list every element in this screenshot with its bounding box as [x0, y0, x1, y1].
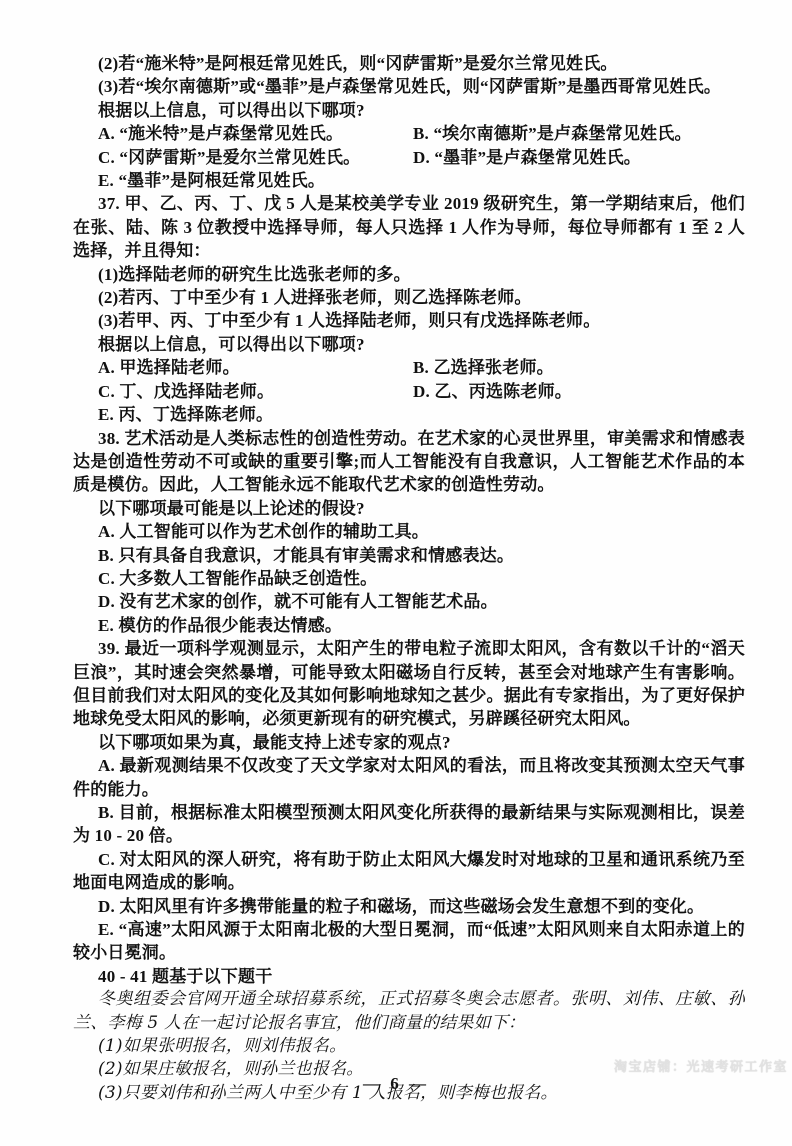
q36-condition-2: (2)若“施米特”是阿根廷常见姓氏，则“冈萨雷斯”是爱尔兰常见姓氏。: [73, 52, 745, 75]
q37-stem: 37. 甲、乙、丙、丁、戊 5 人是某校美学专业 2019 级研究生，第一学期结…: [73, 192, 745, 262]
q37-question-line: 根据以上信息，可以得出以下哪项?: [73, 333, 745, 356]
q37-option-e: E. 丙、丁选择陈老师。: [73, 403, 745, 426]
q36-options-row-ab: A. “施米特”是卢森堡常见姓氏。 B. “埃尔南德斯”是卢森堡常见姓氏。: [73, 122, 745, 145]
q37-options-row-cd: C. 丁、戊选择陆老师。 D. 乙、丙选陈老师。: [73, 380, 745, 403]
q36-condition-3: (3)若“埃尔南德斯”或“墨菲”是卢森堡常见姓氏，则“冈萨雷斯”是墨西哥常见姓氏…: [73, 75, 745, 98]
q36-question-line: 根据以上信息，可以得出以下哪项?: [73, 99, 745, 122]
q36-option-e: E. “墨菲”是阿根廷常见姓氏。: [73, 169, 745, 192]
q37-option-c: C. 丁、戊选择陆老师。: [98, 380, 413, 403]
q37-option-a: A. 甲选择陆老师。: [98, 356, 413, 379]
question-38: 38. 艺术活动是人类标志性的创造性劳动。在艺术家的心灵世界里，审美需求和情感表…: [73, 427, 745, 638]
question-37: 37. 甲、乙、丙、丁、戊 5 人是某校美学专业 2019 级研究生，第一学期结…: [73, 192, 745, 426]
q38-option-d: D. 没有艺术家的创作，就不可能有人工智能艺术品。: [73, 590, 745, 613]
q37-condition-2: (2)若丙、丁中至少有 1 人进择张老师，则乙选择陈老师。: [73, 286, 745, 309]
q40-41-intro: 冬奥组委会官网开通全球招募系统，正式招募冬奥会志愿者。张明、刘伟、庄敏、孙兰、李…: [73, 988, 745, 1035]
q38-option-b: B. 只有具备自我意识，才能具有审美需求和情感表达。: [73, 544, 745, 567]
q39-option-a: A. 最新观测结果不仅改变了天文学家对太阳风的看法，而且将改变其预测太空天气事件…: [73, 754, 745, 801]
q36-option-b: B. “埃尔南德斯”是卢森堡常见姓氏。: [413, 122, 745, 145]
q40-41-header: 40 - 41 题基于以下题干: [73, 965, 745, 988]
q36-options-row-cd: C. “冈萨雷斯”是爱尔兰常见姓氏。 D. “墨菲”是卢森堡常见姓氏。: [73, 146, 745, 169]
q36-option-c: C. “冈萨雷斯”是爱尔兰常见姓氏。: [98, 146, 413, 169]
q37-options-row-ab: A. 甲选择陆老师。 B. 乙选择张老师。: [73, 356, 745, 379]
q39-question-line: 以下哪项如果为真，最能支持上述专家的观点?: [73, 731, 745, 754]
q36-option-d: D. “墨菲”是卢森堡常见姓氏。: [413, 146, 745, 169]
q37-condition-3: (3)若甲、丙、丁中至少有 1 人选择陆老师，则只有戊选择陈老师。: [73, 309, 745, 332]
page-number: — 6 —: [0, 1074, 792, 1094]
question-36: (2)若“施米特”是阿根廷常见姓氏，则“冈萨雷斯”是爱尔兰常见姓氏。 (3)若“…: [73, 52, 745, 192]
q37-condition-1: (1)选择陆老师的研究生比选张老师的多。: [73, 263, 745, 286]
q37-option-d: D. 乙、丙选陈老师。: [413, 380, 745, 403]
question-39: 39. 最近一项科学观测显示，太阳产生的带电粒子流即太阳风，含有数以千计的“滔天…: [73, 637, 745, 965]
watermark: 淘宝店铺：光速考研工作室: [614, 1056, 788, 1075]
exam-page: (2)若“施米特”是阿根廷常见姓氏，则“冈萨雷斯”是爱尔兰常见姓氏。 (3)若“…: [0, 0, 792, 1146]
page-content: (2)若“施米特”是阿根廷常见姓氏，则“冈萨雷斯”是爱尔兰常见姓氏。 (3)若“…: [73, 52, 745, 1105]
q36-option-a: A. “施米特”是卢森堡常见姓氏。: [98, 122, 413, 145]
q39-option-e: E. “高速”太阳风源于太阳南北极的大型日冕洞，而“低速”太阳风则来自太阳赤道上…: [73, 918, 745, 965]
q38-option-e: E. 模仿的作品很少能表达情感。: [73, 614, 745, 637]
q37-option-b: B. 乙选择张老师。: [413, 356, 745, 379]
q39-option-c: C. 对太阳风的深人研究，将有助于防止太阳风大爆发时对地球的卫星和通讯系统乃至地…: [73, 848, 745, 895]
q38-option-a: A. 人工智能可以作为艺术创作的辅助工具。: [73, 520, 745, 543]
q39-option-d: D. 太阳风里有许多携带能量的粒子和磁场，而这些磁场会发生意想不到的变化。: [73, 895, 745, 918]
q40-41-condition-1: (1)如果张明报名，则刘伟报名。: [73, 1035, 745, 1058]
q38-stem: 38. 艺术活动是人类标志性的创造性劳动。在艺术家的心灵世界里，审美需求和情感表…: [73, 427, 745, 497]
q39-option-b: B. 目前，根据标准太阳模型预测太阳风变化所获得的最新结果与实际观测相比，误差为…: [73, 801, 745, 848]
q39-stem: 39. 最近一项科学观测显示，太阳产生的带电粒子流即太阳风，含有数以千计的“滔天…: [73, 637, 745, 731]
q38-option-c: C. 大多数人工智能作品缺乏创造性。: [73, 567, 745, 590]
q38-question-line: 以下哪项最可能是以上论述的假设?: [73, 497, 745, 520]
